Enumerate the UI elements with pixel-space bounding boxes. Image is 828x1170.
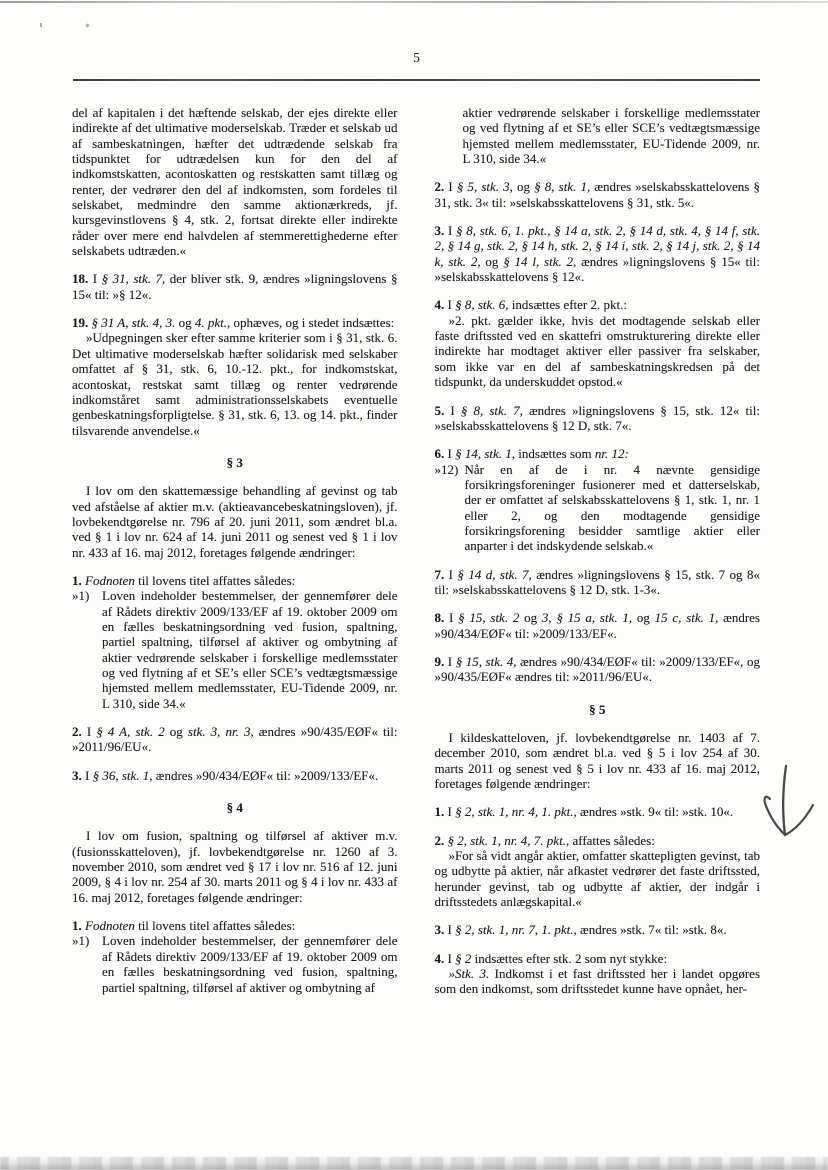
section-heading: § 4 — [72, 800, 398, 815]
header-divider — [73, 79, 760, 81]
right-column: aktier vedrørende selskaber i forskellig… — [435, 105, 761, 997]
amendment-item: 3. I § 8, stk. 6, 1. pkt., § 14 a, stk. … — [435, 223, 761, 284]
amendment-item: 19. § 31 A, stk. 4, 3. og 4. pkt., ophæv… — [72, 315, 398, 330]
amendment-item: 1. Fodnoten til lovens titel affattes så… — [72, 573, 398, 588]
amendment-item: 9. I § 15, stk. 4, ændres »90/434/EØF« t… — [435, 654, 761, 685]
amendment-item: 2. I § 4 A, stk. 2 og stk. 3, nr. 3, ænd… — [72, 724, 398, 755]
footnote-list-item: »12)Når en af de i nr. 4 nævnte gensidig… — [435, 462, 761, 554]
amendment-item: 2. § 2, stk. 1, nr. 4, 7. pkt., affattes… — [435, 833, 761, 848]
footnote-text: Når en af de i nr. 4 nævnte gensidige fo… — [465, 462, 761, 554]
section-heading: § 3 — [72, 455, 398, 470]
inserted-law-text: »2. pkt. gælder ikke, hvis det modtagend… — [435, 313, 761, 390]
section-heading: § 5 — [435, 702, 761, 717]
amendment-item: 2. I § 5, stk. 3, og § 8, stk. 1, ændres… — [435, 179, 761, 210]
paragraph-continued: del af kapitalen i det hæftende selskab,… — [72, 105, 398, 258]
scan-edge-artifact-top — [0, 1, 828, 3]
left-column: del af kapitalen i det hæftende selskab,… — [72, 105, 398, 997]
amendment-item: 4. I § 8, stk. 6, indsættes efter 2. pkt… — [435, 297, 761, 312]
inserted-law-text: »For så vidt angår aktier, omfatter skat… — [435, 848, 761, 909]
amendment-item: 6. I § 14, stk. 1, indsættes som nr. 12: — [435, 446, 761, 461]
scan-speck — [40, 23, 42, 27]
amendment-item: 3. I § 36, stk. 1, ændres »90/434/EØF« t… — [72, 768, 398, 783]
amendment-item: 3. I § 2, stk. 1, nr. 7, 1. pkt., ændres… — [435, 922, 761, 937]
paragraph: I lov om fusion, spaltning og tilførsel … — [72, 828, 398, 905]
scan-edge-artifact-bottom — [0, 1157, 828, 1170]
amendment-item: 7. I § 14 d, stk. 7, ændres »ligningslov… — [435, 567, 761, 598]
page-number: 5 — [73, 50, 760, 66]
footnote-list-item: »1)Loven indeholder bestemmelser, der ge… — [72, 588, 398, 711]
paragraph: I lov om den skattemæssige behandling af… — [72, 483, 398, 560]
amendment-item: 4. I § 2 indsættes efter stk. 2 som nyt … — [435, 951, 761, 966]
footnote-list-item: »1)Loven indeholder bestemmelser, der ge… — [72, 933, 398, 994]
amendment-item: 8. I § 15, stk. 2 og 3, § 15 a, stk. 1, … — [435, 610, 761, 641]
footnote-continuation: aktier vedrørende selskaber i forskellig… — [435, 105, 761, 166]
inserted-law-text: »Udpegningen sker efter samme kriterier … — [72, 330, 398, 437]
scanned-document-page: 5 del af kapitalen i det hæftende selska… — [0, 0, 828, 1170]
footnote-text: Loven indeholder bestemmelser, der genne… — [102, 588, 398, 711]
handwritten-down-arrow-icon — [757, 763, 819, 843]
footnote-text: Loven indeholder bestemmelser, der genne… — [102, 933, 398, 994]
footnote-marker: »1) — [72, 588, 102, 711]
amendment-item: 1. I § 2, stk. 1, nr. 4, 1. pkt., ændres… — [435, 804, 761, 819]
scan-speck — [85, 23, 89, 27]
amendment-item: 18. I § 31, stk. 7, der bliver stk. 9, æ… — [72, 271, 398, 302]
footnote-marker: »1) — [72, 933, 102, 994]
footnote-marker: »12) — [435, 462, 465, 554]
paragraph: I kildeskatteloven, jf. lovbekendtgørels… — [435, 730, 761, 791]
amendment-item: 5. I § 8, stk. 7, ændres »ligningslovens… — [435, 403, 761, 434]
text-columns: del af kapitalen i det hæftende selskab,… — [72, 105, 760, 997]
inserted-law-text: »Stk. 3. Indkomst i et fast driftssted h… — [435, 966, 761, 997]
amendment-item: 1. Fodnoten til lovens titel affattes så… — [72, 918, 398, 933]
